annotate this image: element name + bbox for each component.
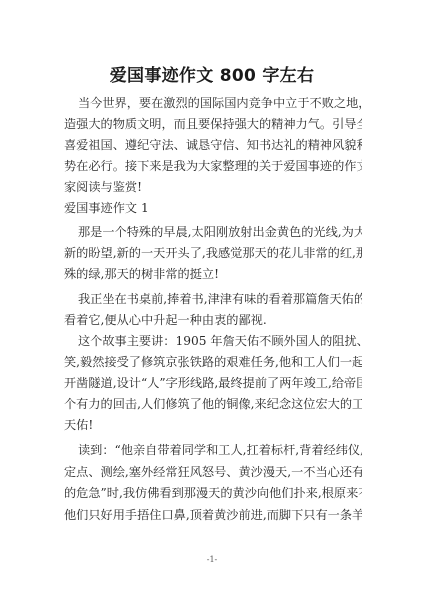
- text-line: 我正坐在书桌前,捧着书,津津有味的看着那篇詹天佑的爱国故事,: [78, 291, 362, 307]
- text-line: 殊的绿,那天的树非常的挺立!: [64, 266, 362, 282]
- text-line: 笑,毅然接受了修筑京张铁路的艰难任务,他和工人们一起勘测线路,: [64, 354, 362, 370]
- section-heading: 爱国事迹作文 1: [64, 200, 362, 216]
- text-line: 他们只好用手捂住口鼻,顶着黄沙前进,而脚下只有一条羊肠小道,只: [64, 507, 362, 523]
- text-line: 定点、测绘,塞外经常狂风怒号、黄沙漫天,一不当心还有坠入深谷: [64, 464, 362, 480]
- text-line: 家阅读与鉴赏!: [64, 179, 362, 195]
- text-line: 个有力的回击,人们修筑了他的铜像,来纪念这位宏大的工程师—詹: [64, 396, 362, 412]
- page-number: -1-: [0, 555, 424, 564]
- text-line: 看着它,便从心中升起一种由衷的鄙视.: [64, 312, 362, 328]
- text-line: 的危急”时,我仿佛看到那漫天的黄沙向他们扑来,根原来不及躲闪,: [64, 485, 362, 501]
- text-line: 当今世界，要在激烈的国际国内竞争中立于不败之地，不仅要制: [78, 95, 362, 111]
- text-line: 开凿隧道,设计“人”字形线路,最终提前了两年竣工,给帝国主义一: [64, 375, 362, 391]
- text-line: 天佑!: [64, 417, 362, 433]
- text-line: 喜爱祖国、遵纪守法、诚恳守信、知书达礼的精神风貌和行为规范: [64, 137, 362, 153]
- text-line: 新的盼望,新的一天开头了,我感觉那天的花儿非常的红,那天的草特: [64, 245, 362, 261]
- text-line: 那是一个特殊的早晨,太阳刚放射出金黄色的光线,为大地撒下了: [78, 224, 362, 240]
- text-line: 这个故事主要讲：1905 年詹天佑不顾外国人的阻扰、要挟和讥: [78, 333, 362, 349]
- document-page: 爱国事迹作文 800 字左右 当今世界，要在激烈的国际国内竞争中立于不败之地，不…: [0, 0, 424, 600]
- text-line: 造强大的物质文明，而且要保持强大的精神力气。引导全社会形成: [64, 116, 362, 132]
- text-line: 势在必行。接下来是我为大家整理的关于爱国事迹的作文，便利大: [64, 158, 362, 174]
- text-line: 读到：“他亲自带着同学和工人,扛着标杆,背着经纬仪,在峭壁上: [78, 442, 362, 458]
- document-title: 爱国事迹作文 800 字左右: [0, 64, 424, 88]
